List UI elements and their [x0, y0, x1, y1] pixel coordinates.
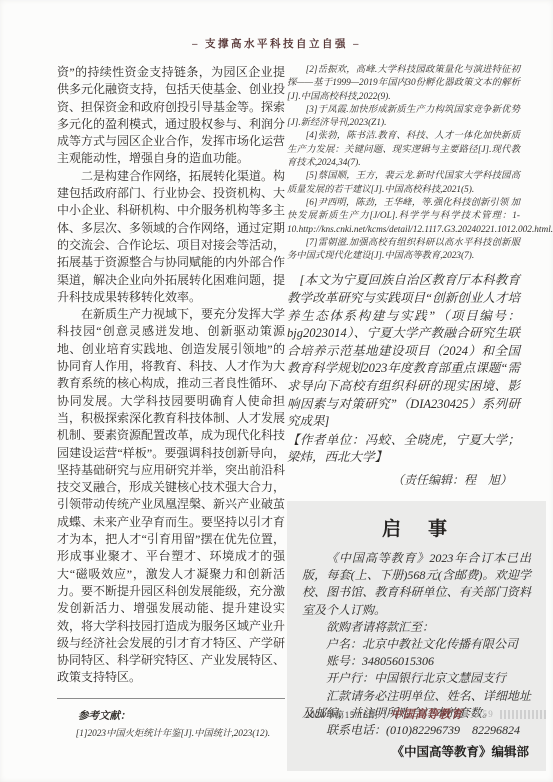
barcode-decoration-icon: [500, 710, 546, 719]
body-paragraph: 在新质生产力视域下，要充分发挥大学科技园“创意灵感迸发地、创新驱动策源地、创业培…: [57, 306, 285, 687]
reference-item: [1]2023中国火炬统计年鉴[J].中国统计,2023(12).: [57, 728, 285, 741]
page-footer: 2024年第15/16期 中国高等教育 059: [305, 706, 546, 722]
footer-issue-label: 2024年第15/16期: [305, 708, 378, 721]
notice-paragraph: 账号：348056015306: [302, 653, 531, 670]
body-paragraph: 二是构建合作网络，拓展转化渠道。构建包括政府部门、行业协会、投资机构、大中小企业…: [57, 168, 285, 306]
references-heading: 参考文献：: [57, 708, 285, 723]
footer-divider-line: [384, 709, 385, 719]
author-affiliation-note: 【作者单位：冯蛟、全晓虎，宁夏大学；梁炜，西北大学】: [287, 432, 520, 467]
funding-note: [本文为宁夏回族自治区教育厅本科教育教学改革研究与实践项目“创新创业人才培养生态…: [287, 272, 520, 430]
notice-title: 启 事: [302, 514, 531, 541]
notice-paragraph: 户名：北京中教社文化传播有限公司: [302, 636, 531, 653]
reference-item: [5]蔡国顺，王方，裴云龙.新时代国家大学科技园高质量发展的若干建议[J].中国…: [287, 170, 520, 197]
reference-item: [3]于凤霞.加快形成新质生产力构筑国家竞争新优势[J].新经济导刊,2023(…: [287, 104, 520, 131]
left-column: 资”的持续性资金支持链条，为园区企业提供多元化融资支持，包括天使基金、创业投资、…: [57, 64, 285, 741]
references-right: [2]岳振欢，高峰.大学科技园政策量化与演进特征初探——基于1999—2019年…: [287, 64, 520, 263]
notice-paragraph: 《中国高等教育》2023年合订本已出版，每套(上、下册)568元(含邮费)。欢迎…: [302, 550, 531, 619]
reference-item: [4]张勃，陈书洁.教育、科技、人才一体化加快新质生产力发展：关键问题、现实逻辑…: [287, 130, 520, 170]
article-body: 资”的持续性资金支持链条，为园区企业提供多元化融资支持，包括天使基金、创业投资、…: [57, 64, 285, 687]
body-paragraph: 资”的持续性资金支持链条，为园区企业提供多元化融资支持，包括天使基金、创业投资、…: [57, 64, 285, 168]
reference-item: [7]雷朝滋.加强高校有组织科研以高水平科技创新服务中国式现代化建设[J].中国…: [287, 237, 520, 264]
footer-journal-logotype: 中国高等教育: [391, 706, 463, 722]
references-left: [1]2023中国火炬统计年鉴[J].中国统计,2023(12).: [57, 728, 285, 741]
notice-paragraph: 欲购者请将款汇至：: [302, 619, 531, 636]
reference-item: [2]岳振欢，高峰.大学科技园政策量化与演进特征初探——基于1999—2019年…: [287, 64, 520, 104]
right-column: [2]岳振欢，高峰.大学科技园政策量化与演进特征初探——基于1999—2019年…: [287, 64, 520, 771]
notice-paragraph: 开户行：中国银行北京文慧园支行: [302, 670, 531, 687]
reference-item: [6]尹西明，陈劲，王华峰，等.强化科技创新引领 加快发展新质生产力[J/OL]…: [287, 197, 520, 237]
references-divider: [57, 698, 285, 699]
notice-signature: 《中国高等教育》编辑部: [302, 742, 531, 760]
notice-box: 启 事 《中国高等教育》2023年合订本已出版，每套(上、下册)568元(含邮费…: [287, 501, 546, 771]
journal-page: – 支撑高水平科技自立自强 – 资”的持续性资金支持链条，为园区企业提供多元化融…: [0, 0, 553, 782]
footer-page-number: 059: [477, 709, 494, 719]
responsible-editor-note: （责任编辑：程 旭）: [287, 471, 512, 488]
notice-paragraph: 联系电话：(010)82296739 82296824: [302, 722, 531, 739]
running-head: – 支撑高水平科技自立自强 –: [0, 36, 553, 51]
